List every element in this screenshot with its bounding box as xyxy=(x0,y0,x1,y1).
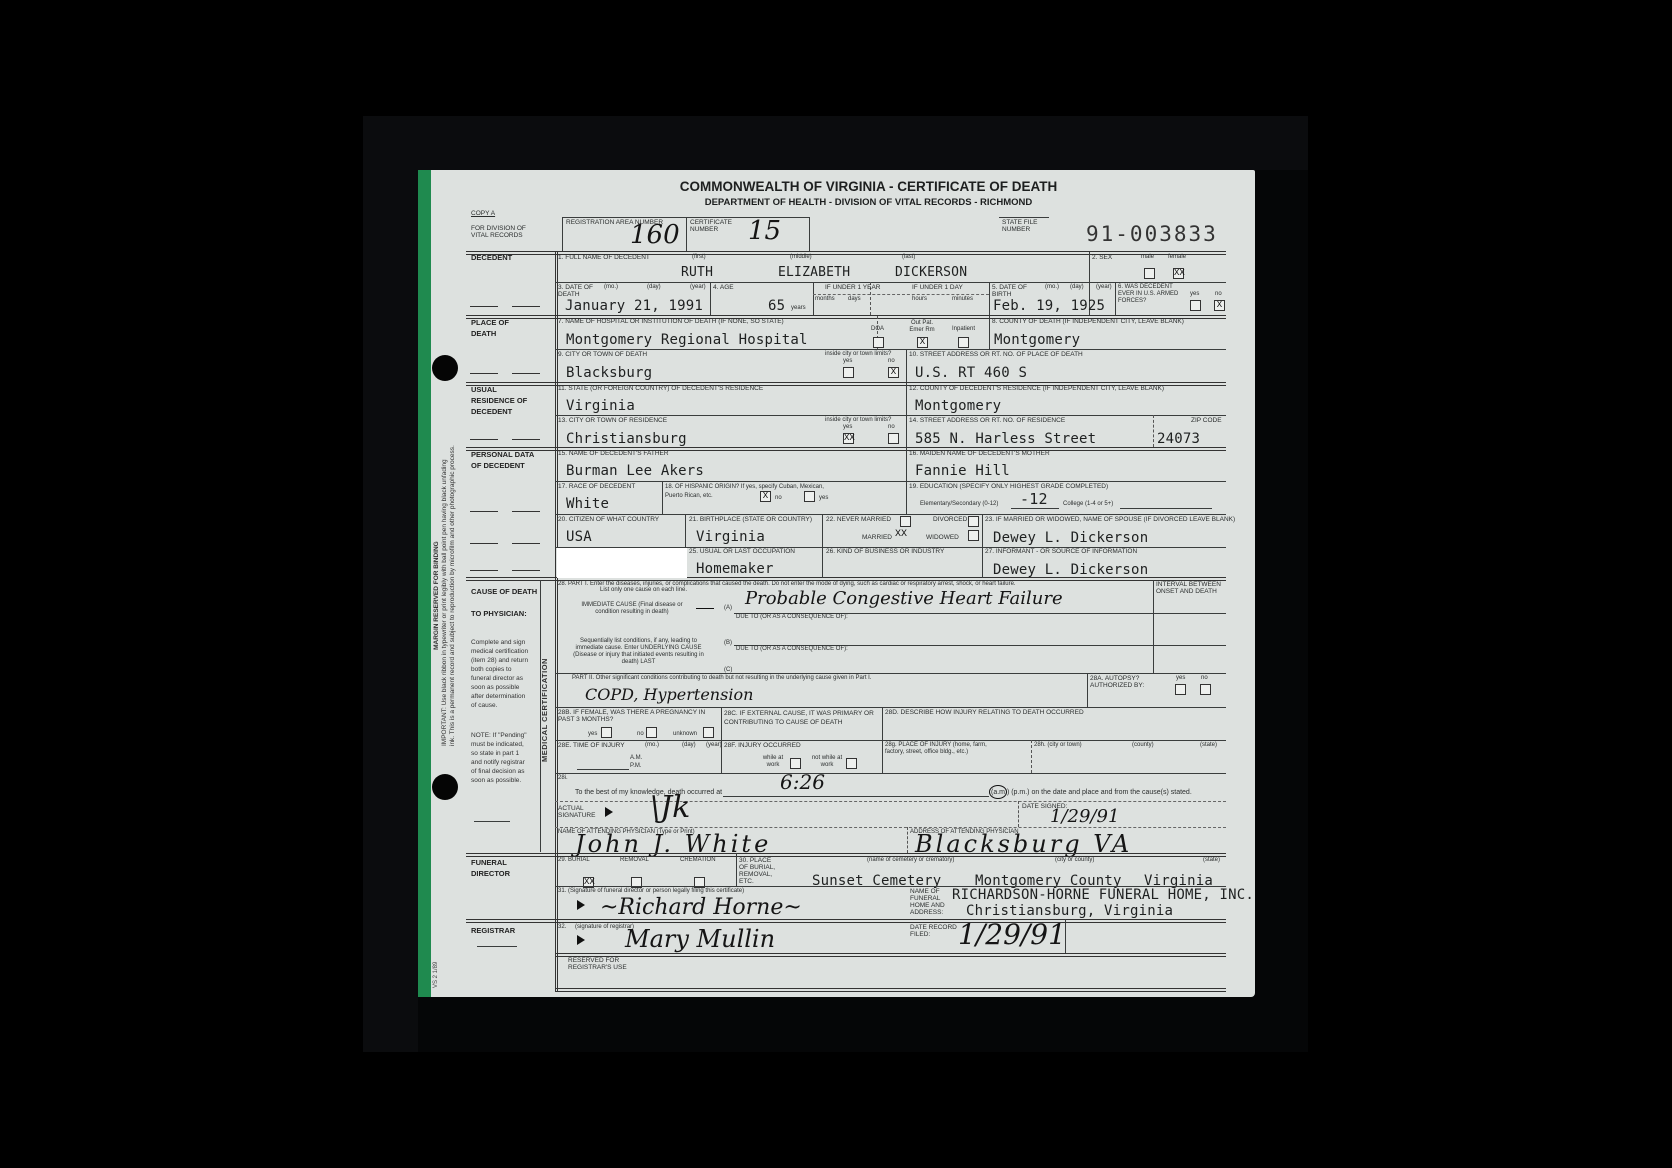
minutes-label: minutes xyxy=(952,296,973,303)
reg-box-mid xyxy=(686,217,687,252)
outpat-label: Out Pat. Emer Rm xyxy=(907,320,937,334)
blank-line xyxy=(512,570,540,571)
line-a-label: (A) xyxy=(724,605,732,612)
rule xyxy=(906,349,907,382)
section-place-of-death: PLACE OF DEATH xyxy=(471,317,531,339)
preg-unknown-checkbox[interactable] xyxy=(703,727,714,738)
blank-line xyxy=(470,511,498,512)
not-while-work-checkbox[interactable] xyxy=(846,758,857,769)
date-signed-value: 1/29/91 xyxy=(1050,806,1119,827)
margin-important-1: IMPORTANT: Use black ribbon in typewrite… xyxy=(441,445,449,746)
form-code: VS 2 1/89 xyxy=(433,962,439,988)
zip-label: ZIP CODE xyxy=(1191,417,1222,424)
death-limits-no-label: no xyxy=(888,358,895,365)
cremation-label: CREMATION xyxy=(680,857,716,864)
city-county-label: (city or county) xyxy=(1055,857,1094,864)
rule xyxy=(822,514,823,578)
funeral-home-name: RICHARDSON-HORNE FUNERAL HOME, INC. xyxy=(952,887,1254,903)
immediate-cause-value: Probable Congestive Heart Failure xyxy=(745,588,1063,609)
rule xyxy=(1120,508,1212,509)
rule xyxy=(1115,282,1116,315)
mother-label: 16. MAIDEN NAME OF DECEDENT'S MOTHER xyxy=(909,450,1050,457)
residence-limits-yes-label: yes xyxy=(843,424,852,431)
residence-limits-yes-checkbox[interactable]: XX xyxy=(843,433,854,444)
section-cause-of-death: CAUSE OF DEATH xyxy=(471,586,537,597)
mother-value: Fannie Hill xyxy=(915,463,1010,479)
death-time-value: 6:26 xyxy=(780,770,825,794)
preg-no-checkbox[interactable] xyxy=(646,727,657,738)
rule xyxy=(555,988,1226,992)
ampm-tail: (a.m.) (p.m.) on the date and place and … xyxy=(991,789,1192,796)
sex-label: 2. SEX xyxy=(1092,254,1112,261)
rule xyxy=(555,415,1226,416)
death-street-value: U.S. RT 460 S xyxy=(915,365,1027,381)
spouse-label: 23. IF MARRIED OR WIDOWED, NAME OF SPOUS… xyxy=(985,516,1235,523)
divorced-checkbox[interactable] xyxy=(968,516,979,527)
hispanic-yes-checkbox[interactable] xyxy=(804,491,815,502)
rule xyxy=(477,946,517,947)
rule xyxy=(710,282,711,315)
rule xyxy=(989,282,990,315)
armed-no-label: no xyxy=(1215,291,1222,298)
blank-line xyxy=(512,306,540,307)
outpat-checkbox[interactable]: X xyxy=(917,337,928,348)
rule xyxy=(555,707,1226,708)
business-label: 26. KIND OF BUSINESS OR INDUSTRY xyxy=(826,548,944,555)
widowed-label: WIDOWED xyxy=(926,534,959,541)
section-to-physician: TO PHYSICIAN: xyxy=(471,608,531,619)
rule xyxy=(555,673,1226,674)
never-married-label: 22. NEVER MARRIED xyxy=(826,516,891,523)
pm-label: P.M. xyxy=(630,763,642,770)
margin-binding: MARGIN RESERVED FOR BINDING xyxy=(433,445,441,746)
knowledge-label: To the best of my knowledge, death occur… xyxy=(575,789,722,796)
married-checkbox[interactable]: XX xyxy=(895,530,904,539)
rule xyxy=(474,821,510,822)
under-year-label: IF UNDER 1 YEAR xyxy=(825,284,881,291)
due-to-a: DUE TO (OR AS A CONSEQUENCE OF): xyxy=(736,614,848,621)
rule xyxy=(1031,740,1032,773)
full-name-label: 1. FULL NAME OF DECEDENT xyxy=(558,254,650,261)
elementary-value: -12 xyxy=(1020,490,1048,508)
age-value: 65 xyxy=(768,298,785,314)
rule xyxy=(555,740,1226,741)
funeral-home-label: NAME OF FUNERAL HOME AND ADDRESS: xyxy=(910,888,950,916)
rule xyxy=(1087,673,1088,707)
injury-desc-label: 28d. DESCRIBE HOW INJURY RELATING TO DEA… xyxy=(885,709,1084,716)
female-label: female xyxy=(1168,254,1186,261)
birth-day-label: (day) xyxy=(1070,284,1084,291)
doa-label: DOA xyxy=(871,326,884,333)
rule xyxy=(662,481,663,514)
injury-year-label: (year) xyxy=(706,742,722,749)
part2-label: PART II. Other significant conditions co… xyxy=(572,675,872,682)
cemetery-label: (name of cemetery or crematory) xyxy=(867,857,954,864)
physician-signature[interactable]: \Jk xyxy=(650,790,690,825)
residence-limits-no-label: no xyxy=(888,424,895,431)
pregnancy-label: 28b. IF FEMALE, WAS THERE A PREGNANCY IN… xyxy=(558,709,708,723)
injury-day-label: (day) xyxy=(682,742,696,749)
rule xyxy=(813,282,814,315)
rule xyxy=(736,853,737,886)
education-label: 19. EDUCATION (Specify only highest grad… xyxy=(909,483,1108,490)
rule xyxy=(555,953,1226,957)
residence-limits-no-checkbox[interactable] xyxy=(888,433,899,444)
death-county-value: Montgomery xyxy=(994,332,1080,348)
reg-box-right xyxy=(809,217,810,252)
registrar-item: 32. xyxy=(558,924,566,931)
armed-yes-checkbox[interactable] xyxy=(1190,300,1201,311)
rule xyxy=(555,282,1226,283)
death-limits-no-checkbox[interactable]: X xyxy=(888,367,899,378)
death-city-label: 9. CITY OR TOWN OF DEATH xyxy=(558,351,647,358)
age-label: 4. AGE xyxy=(713,284,734,291)
section-usual-residence: USUAL RESIDENCE OF DECEDENT xyxy=(471,384,541,417)
informant-value: Dewey L. Dickerson xyxy=(993,562,1148,578)
section-funeral-director: FUNERAL DIRECTOR xyxy=(471,857,531,879)
while-work-checkbox[interactable] xyxy=(790,758,801,769)
registration-area-value: 160 xyxy=(630,220,680,250)
last-label: (last) xyxy=(902,254,915,261)
injury-city-label: 28h. (city or town) xyxy=(1034,742,1082,749)
armed-yes-label: yes xyxy=(1190,291,1199,298)
birth-label: 5. DATE OF BIRTH xyxy=(992,284,1032,298)
residence-state-label: 11. STATE (OR FOREIGN COUNTRY) OF DECEDE… xyxy=(558,385,763,392)
injury-occurred-label: 28f. INJURY OCCURRED xyxy=(724,742,801,749)
rule xyxy=(982,514,983,578)
occupation-label: 25. USUAL OR LAST OCCUPATION xyxy=(689,548,795,555)
death-city-value: Blacksburg xyxy=(566,365,652,381)
while-work-label: while at work xyxy=(758,755,788,769)
arrow-right-icon xyxy=(696,608,714,609)
certificate-number-label: CERTIFICATE NUMBER xyxy=(690,219,735,233)
rule xyxy=(906,448,907,514)
middle-label: (middle) xyxy=(790,254,812,261)
preg-yes-label: yes xyxy=(588,731,597,738)
registrar-signature[interactable]: Mary Mullin xyxy=(625,925,775,953)
armed-no-checkbox[interactable]: X xyxy=(1214,300,1225,311)
preg-yes-checkbox[interactable] xyxy=(601,727,612,738)
page-title: COMMONWEALTH OF VIRGINIA - CERTIFICATE O… xyxy=(0,179,1672,194)
blank-line xyxy=(470,373,498,374)
death-limits-yes-label: yes xyxy=(843,358,852,365)
page-subtitle: DEPARTMENT OF HEALTH - DIVISION OF VITAL… xyxy=(0,197,1672,208)
rule xyxy=(813,294,989,295)
residence-county-value: Montgomery xyxy=(915,398,1001,414)
inpatient-label: Inpatient xyxy=(952,326,975,333)
injury-state-label: (state) xyxy=(1200,742,1217,749)
preg-no-label: no xyxy=(637,731,644,738)
removal-label: REMOVAL xyxy=(620,857,649,864)
rule xyxy=(466,919,1226,923)
father-value: Burman Lee Akers xyxy=(566,463,704,479)
birthplace-value: Virginia xyxy=(696,529,765,545)
hispanic-yes-label: yes xyxy=(819,495,828,502)
mo-label: (mo.) xyxy=(604,284,618,291)
residence-city-label: 13. CITY OR TOWN OF RESIDENCE xyxy=(558,417,667,424)
autopsy-yes-label: yes xyxy=(1176,675,1185,682)
rule xyxy=(723,796,989,797)
days-label: days xyxy=(848,296,861,303)
months-label: months xyxy=(815,296,835,303)
due-to-b: DUE TO (OR AS A CONSEQUENCE OF): xyxy=(736,646,848,653)
rule xyxy=(989,316,990,349)
under-day-label: IF UNDER 1 DAY xyxy=(912,284,963,291)
hispanic-no-checkbox[interactable]: X xyxy=(760,491,771,502)
rule xyxy=(1018,801,1019,827)
rule xyxy=(907,827,908,853)
male-label: male xyxy=(1141,254,1154,261)
race-value: White xyxy=(566,496,609,512)
am-label: A.M. xyxy=(630,755,642,762)
zip-value: 24073 xyxy=(1157,431,1200,447)
occupation-value: Homemaker xyxy=(696,561,774,577)
college-label: College (1-4 or 5+) xyxy=(1063,501,1113,508)
rule xyxy=(555,773,1226,774)
informant-label: 27. INFORMANT - OR SOURCE OF INFORMATION xyxy=(985,548,1137,555)
place-injury-label: 28g. PLACE OF INJURY (home, farm, factor… xyxy=(885,742,995,756)
blank-line xyxy=(470,439,498,440)
blank-line xyxy=(512,373,540,374)
item-28i: 28i. xyxy=(558,775,568,782)
section-decedent: DECEDENT xyxy=(471,252,512,263)
injury-county-label: (county) xyxy=(1132,742,1154,749)
burial-place-label: 30. PLACE OF BURIAL, REMOVAL, ETC. xyxy=(739,857,779,885)
date-of-birth-value: Feb. 19, 1925 xyxy=(993,298,1105,314)
divorced-label: DIVORCED xyxy=(933,516,967,523)
race-label: 17. RACE OF DECEDENT xyxy=(558,483,635,490)
residence-street-label: 14. STREET ADDRESS OR RT. NO. OF RESIDEN… xyxy=(909,417,1065,424)
date-filed-value: 1/29/91 xyxy=(958,918,1066,951)
green-stripe xyxy=(418,170,431,997)
arrow-right-icon xyxy=(577,935,585,945)
funeral-home-address: Christiansburg, Virginia xyxy=(966,903,1173,919)
hispanic-no-label: no xyxy=(775,495,782,502)
doa-checkbox[interactable] xyxy=(873,337,884,348)
death-street-label: 10. STREET ADDRESS OR RT. NO. OF PLACE O… xyxy=(909,351,1083,358)
inpatient-checkbox[interactable] xyxy=(958,337,969,348)
interval-label: INTERVAL BETWEEN ONSET AND DEATH xyxy=(1156,581,1224,595)
birth-year-label: (year) xyxy=(1096,284,1112,291)
birthplace-label: 21. BIRTHPLACE (state or country) xyxy=(689,516,812,523)
section-registrar: REGISTRAR xyxy=(471,925,515,936)
hospital-value: Montgomery Regional Hospital xyxy=(566,332,808,348)
arrow-right-icon xyxy=(605,807,613,817)
first-label: (first) xyxy=(692,254,706,261)
decedent-first-name: RUTH xyxy=(681,265,713,280)
armed-forces-label: 6. WAS DECEDENT EVER IN U.S. ARMED FORCE… xyxy=(1118,284,1186,305)
sex-female-checkbox[interactable]: XX xyxy=(1173,268,1184,279)
redacted-field xyxy=(557,548,687,578)
rule xyxy=(1065,919,1066,953)
autopsy-no-checkbox[interactable] xyxy=(1200,684,1211,695)
decedent-middle-name: ELIZABETH xyxy=(778,265,850,280)
certificate-number-value: 15 xyxy=(748,216,781,246)
injury-mo-label: (mo.) xyxy=(645,742,659,749)
residence-street-value: 585 N. Harless Street xyxy=(915,431,1096,447)
rule xyxy=(555,349,1226,350)
section-personal-data: PERSONAL DATA OF DECEDENT xyxy=(471,449,541,471)
death-limits-yes-checkbox[interactable] xyxy=(843,367,854,378)
reserved-label: RESERVED FOR REGISTRAR'S USE xyxy=(568,957,628,971)
line-b-label: (B) xyxy=(724,640,732,647)
years-label: years xyxy=(791,305,806,312)
physician-note: Complete and sign medical certification … xyxy=(471,638,529,710)
date-of-death-value: January 21, 1991 xyxy=(565,298,703,314)
arrow-right-icon xyxy=(577,900,585,910)
immediate-cause-label: IMMEDIATE CAUSE (Final disease or condit… xyxy=(572,602,692,616)
copy-label: COPY A xyxy=(471,210,495,217)
citizen-label: 20. CITIZEN OF WHAT COUNTRY xyxy=(558,516,659,523)
margin-instructions: MARGIN RESERVED FOR BINDING IMPORTANT: U… xyxy=(433,445,457,746)
residence-state-value: Virginia xyxy=(566,398,635,414)
blank-line xyxy=(470,570,498,571)
pending-note: NOTE: If "Pending" must be indicated, so… xyxy=(471,731,529,785)
year-label: (year) xyxy=(690,284,706,291)
external-cause-label: 28c. IF EXTERNAL CAUSE, IT WAS PRIMARY o… xyxy=(724,709,874,727)
rule xyxy=(906,383,907,448)
blank-line xyxy=(470,543,498,544)
rule xyxy=(1153,580,1154,673)
autopsy-label: 28a. AUTOPSY? AUTHORIZED BY: xyxy=(1090,675,1162,689)
physician-signature-label: ACTUAL SIGNATURE xyxy=(558,805,600,819)
date-filed-label: DATE RECORD FILED: xyxy=(910,924,960,938)
blank-line xyxy=(512,439,540,440)
autopsy-no-label: no xyxy=(1201,675,1208,682)
autopsy-yes-checkbox[interactable] xyxy=(1175,684,1186,695)
spouse-value: Dewey L. Dickerson xyxy=(993,530,1148,546)
citizen-value: USA xyxy=(566,529,592,545)
married-label: MARRIED xyxy=(862,534,892,541)
reg-box-left xyxy=(562,217,563,252)
blank-line xyxy=(470,306,498,307)
burial-state-label: (state) xyxy=(1203,857,1220,864)
blank-line xyxy=(512,543,540,544)
decedent-last-name: DICKERSON xyxy=(895,265,967,280)
blank-line xyxy=(512,511,540,512)
never-married-checkbox[interactable] xyxy=(900,516,911,527)
part1-sub: List only one cause on each line. xyxy=(600,587,687,594)
birth-mo-label: (mo.) xyxy=(1045,284,1059,291)
hours-label: hours xyxy=(912,296,927,303)
copy-for-label: FOR DIVISION OF VITAL RECORDS xyxy=(471,225,539,239)
rule xyxy=(1011,508,1059,509)
rule xyxy=(555,481,1226,482)
medical-certification-label: MEDICAL CERTIFICATION xyxy=(540,658,549,762)
state-file-top xyxy=(999,217,1049,218)
rule xyxy=(577,769,629,770)
rule xyxy=(1153,415,1154,447)
sequential-label: Sequentially list conditions, if any, le… xyxy=(571,638,706,666)
rule xyxy=(555,252,558,992)
death-limits-label: inside city or town limits? xyxy=(825,351,891,358)
funeral-director-signature[interactable]: ~Richard Horne~ xyxy=(600,895,802,920)
binding-hole-icon xyxy=(432,355,458,381)
preg-unknown-label: unknown xyxy=(673,731,697,738)
rule xyxy=(555,514,1226,515)
date-of-death-label: 3. DATE OF DEATH xyxy=(558,284,598,298)
father-label: 15. NAME OF DECEDENT'S FATHER xyxy=(558,450,669,457)
widowed-checkbox[interactable] xyxy=(968,530,979,541)
rule xyxy=(555,827,1226,828)
day-label: (day) xyxy=(647,284,661,291)
residence-limits-label: inside city or town limits? xyxy=(825,417,891,424)
elementary-label: Elementary/Secondary (0-12) xyxy=(920,501,998,508)
residence-city-value: Christiansburg xyxy=(566,431,687,447)
binding-hole-icon xyxy=(432,774,458,800)
burial-label: 29. BURIAL xyxy=(558,857,590,864)
hospital-label: 7. NAME OF HOSPITAL OR INSTITUTION OF DE… xyxy=(558,318,784,325)
state-file-label: STATE FILE NUMBER xyxy=(1002,219,1042,233)
time-injury-label: 28e. TIME OF INJURY xyxy=(558,742,625,749)
not-while-work-label: not while at work xyxy=(810,755,844,769)
part2-value: COPD, Hypertension xyxy=(585,685,753,704)
residence-county-label: 12. COUNTY OF DECEDENT'S RESIDENCE (if i… xyxy=(909,385,1164,392)
funeral-signature-label: 31. (Signature of funeral director or pe… xyxy=(558,888,744,895)
sex-male-checkbox[interactable] xyxy=(1144,268,1155,279)
state-file-value: 91-003833 xyxy=(1086,222,1218,246)
death-county-label: 8. COUNTY OF DEATH (if independent city,… xyxy=(992,318,1184,325)
margin-important-2: ink. This is a permanent record and subj… xyxy=(449,445,457,746)
